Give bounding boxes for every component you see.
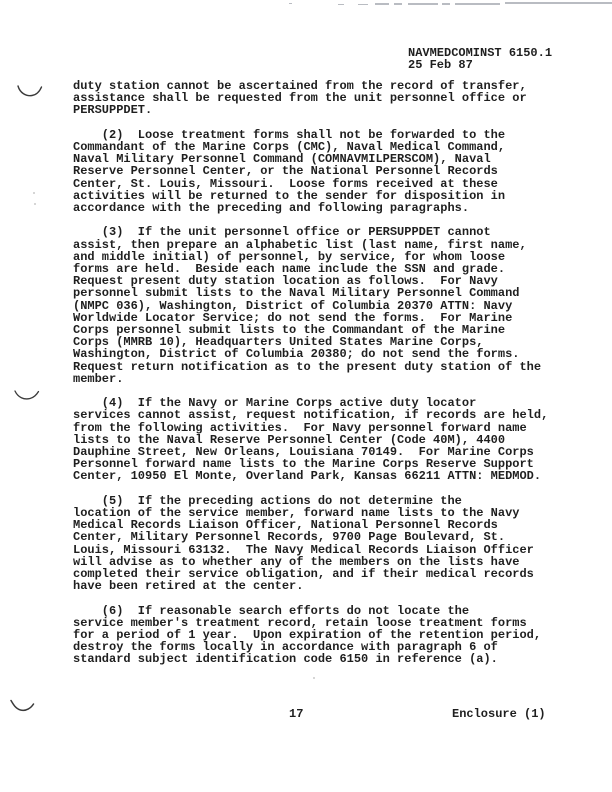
document-body: duty station cannot be ascertained from … [73,80,555,666]
scan-artifact-line [338,4,344,5]
paragraph-2: (2) Loose treatment forms shall not be f… [73,129,555,214]
scan-speck [33,192,35,194]
paragraph-4: (4) If the Navy or Marine Corps active d… [73,397,555,482]
enclosure-label: Enclosure (1) [452,708,546,720]
scan-artifact-line [455,3,500,5]
paragraph-3: (3) If the unit personnel office or PERS… [73,226,555,385]
paragraph-5: (5) If the preceding actions do not dete… [73,495,555,593]
scan-artifact-line [358,4,368,5]
page-number: 17 [289,708,303,720]
handwritten-check-mark [10,699,38,715]
scan-artifact-line [505,2,612,4]
handwritten-check-mark [13,387,41,403]
scan-speck [313,677,315,679]
scan-artifact-line [375,3,389,5]
scan-artifact-line [442,3,450,5]
scan-artifact-line [394,3,402,5]
scan-speck [34,203,36,205]
scan-artifact-line [289,3,292,4]
scan-artifact-line [408,3,438,5]
document-date: 25 Feb 87 [408,59,552,71]
scanned-document-page: NAVMEDCOMINST 6150.1 25 Feb 87 duty stat… [0,0,612,792]
handwritten-check-mark [16,83,44,99]
paragraph-6: (6) If reasonable search efforts do not … [73,605,555,666]
paragraph-continuation: duty station cannot be ascertained from … [73,80,555,117]
document-header: NAVMEDCOMINST 6150.1 25 Feb 87 [408,47,552,71]
